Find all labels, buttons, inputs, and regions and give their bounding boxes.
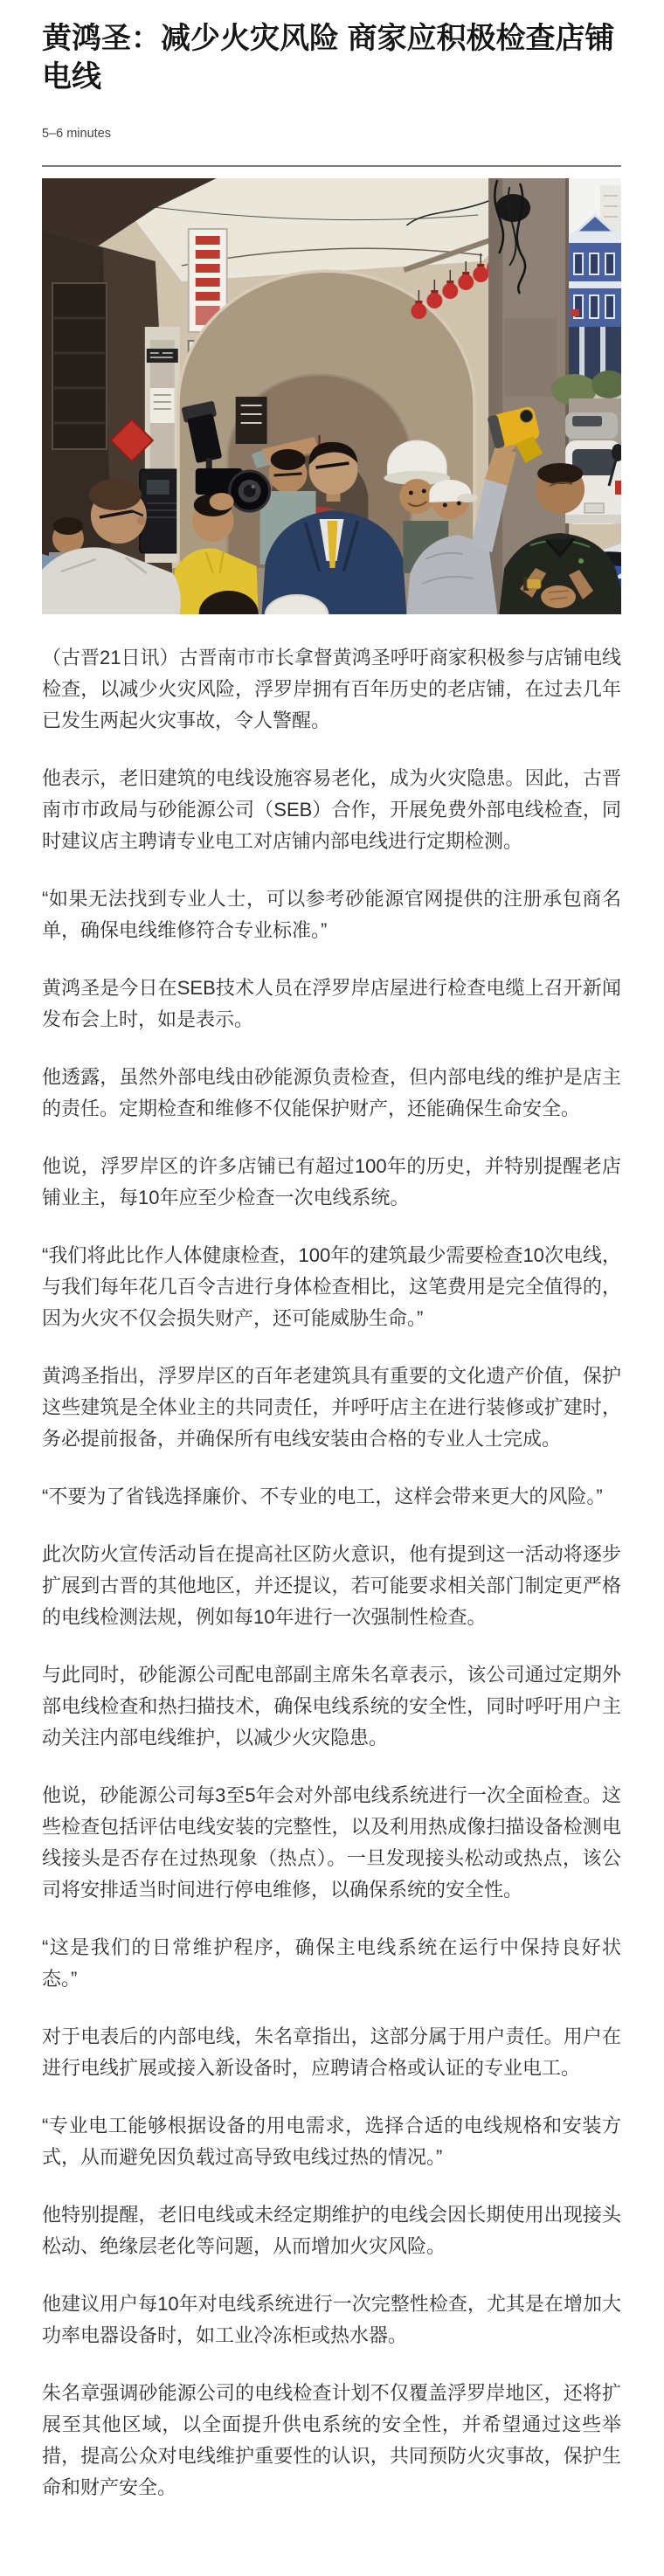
article-paragraph: 他建议用户每10年对电线系统进行一次完整性检查，尤其是在增加大功率电器设备时，如… (42, 2289, 621, 2351)
article-paragraph: 此次防火宣传活动旨在提高社区防火意识，他有提到这一活动将逐步扩展到古晋的其他地区… (42, 1539, 621, 1633)
article-paragraph: 对于电表后的内部电线，朱名章指出，这部分属于用户责任。用户在进行电线扩展或接入新… (42, 2021, 621, 2084)
article-paragraph: “我们将此比作人体健康检查，100年的建筑最少需要检查10次电线，与我们每年花几… (42, 1240, 621, 1334)
article-paragraph: 黄鸿圣指出，浮罗岸区的百年老建筑具有重要的文化遗产价值，保护这些建筑是全体业主的… (42, 1361, 621, 1455)
article-paragraph: 他透露，虽然外部电线由砂能源负责检查，但内部电线的维护是店主的责任。定期检查和维… (42, 1062, 621, 1125)
reading-time: 5–6 minutes (42, 125, 621, 142)
article-body: （古晋21日讯）古晋南市市长拿督黄鸿圣呼吁商家积极参与店铺电线检查，以减少火灾风… (42, 642, 621, 2503)
article-paragraph: 他特别提醒，老旧电线或未经定期维护的电线会因长期使用出现接头松动、绝缘层老化等问… (42, 2199, 621, 2262)
article-paragraph: 黄鸿圣是今日在SEB技术人员在浮罗岸店屋进行检查电缆上召开新闻发布会上时，如是表… (42, 973, 621, 1035)
article-paragraph: 他说，浮罗岸区的许多店铺已有超过100年的历史，并特别提醒老店铺业主，每10年应… (42, 1151, 621, 1214)
article-paragraph: “这是我们的日常维护程序，确保主电线系统在运行中保持良好状态。” (42, 1932, 621, 1995)
article-paragraph: “专业电工能够根据设备的用电需求，选择合适的电线规格和安装方式，从而避免因负载过… (42, 2110, 621, 2173)
reader-article: 黄鸿圣：减少火灾风险 商家应积极检查店铺电线 5–6 minutes (0, 0, 664, 2538)
divider (42, 165, 621, 167)
press-conference-photo-illustration (42, 178, 621, 614)
article-paragraph: “不要为了省钱选择廉价、不专业的电工，这样会带来更大的风险。” (42, 1481, 621, 1513)
article-paragraph: “如果无法找到专业人士，可以参考砂能源官网提供的注册承包商名单，确保电线维修符合… (42, 883, 621, 946)
article-paragraph: 与此同时，砂能源公司配电部副主席朱名章表示，该公司通过定期外部电线检查和热扫描技… (42, 1659, 621, 1754)
article-paragraph: （古晋21日讯）古晋南市市长拿督黄鸿圣呼吁商家积极参与店铺电线检查，以减少火灾风… (42, 642, 621, 737)
article-paragraph: 朱名章强调砂能源公司的电线检查计划不仅覆盖浮罗岸地区，还将扩展至其他区域，以全面… (42, 2378, 621, 2503)
article-paragraph: 他说，砂能源公司每3至5年会对外部电线系统进行一次全面检查。这些检查包括评估电线… (42, 1780, 621, 1906)
article-paragraph: 他表示，老旧建筑的电线设施容易老化，成为火灾隐患。因此，古晋南市市政局与砂能源公… (42, 763, 621, 857)
article-photo (42, 178, 621, 614)
article-title: 黄鸿圣：减少火灾风险 商家应积极检查店铺电线 (42, 19, 621, 96)
